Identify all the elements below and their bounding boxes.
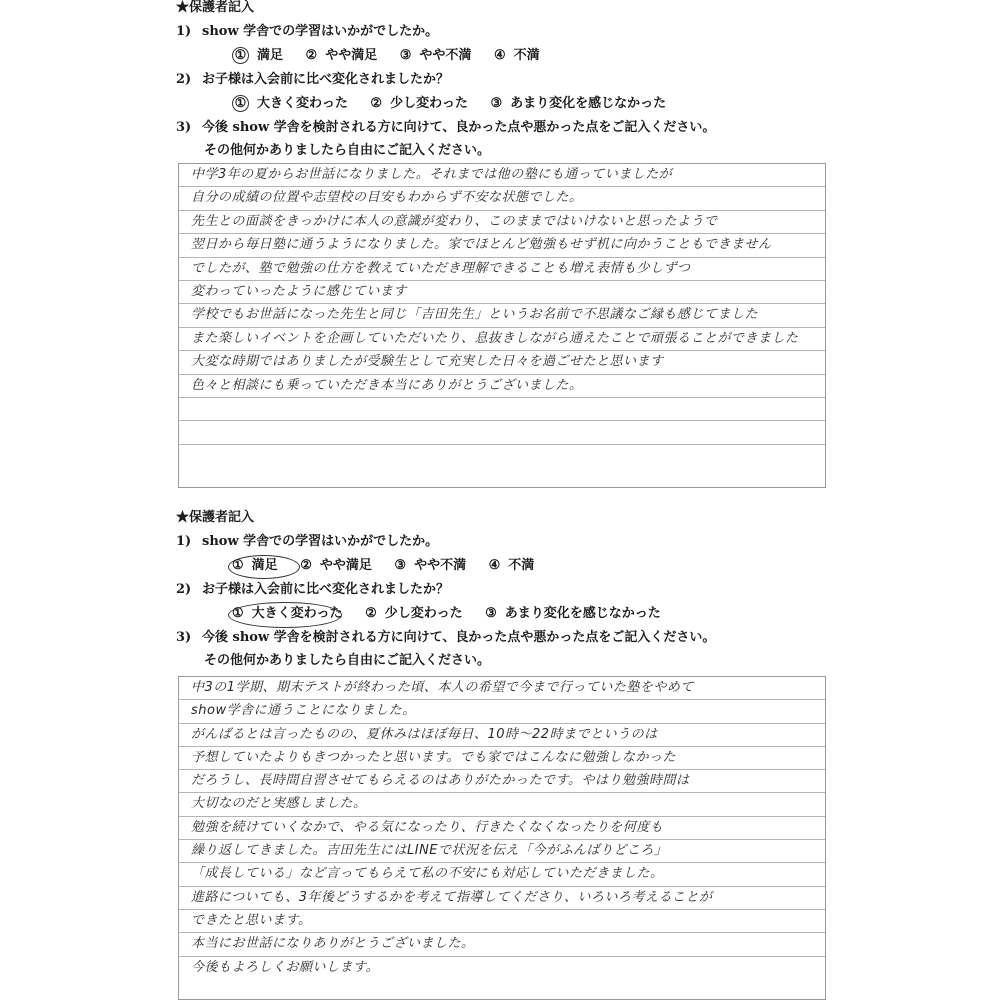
option-changed-slightly[interactable]: ②少し変わった bbox=[365, 602, 463, 626]
question-3-subtext: その他何かありましたら自由にご記入ください。 bbox=[176, 650, 826, 672]
option-no-change[interactable]: ③あまり変化を感じなかった bbox=[485, 602, 661, 626]
answer-line: 今後もよろしくお願いします。 bbox=[179, 957, 825, 980]
option-satisfied[interactable]: ①満足 bbox=[232, 554, 278, 578]
option-changed-slightly[interactable]: ②少し変わった bbox=[370, 92, 468, 116]
answer-line: 予想していたよりもきつかったと思います。でも家ではこんなに勉強しなかった bbox=[179, 747, 825, 770]
answer-line: 先生との面談をきっかけに本人の意識が変わり、このままではいけないと思ったようで bbox=[179, 211, 825, 234]
question-text: 今後 show 学舎を検討される方に向けて、良かった点や悪かった点をご記入くださ… bbox=[202, 120, 715, 135]
question-text: お子様は入会前に比べ変化されましたか？ bbox=[202, 72, 449, 87]
question-1-options: ①満足 ②やや満足 ③やや不満 ④不満 bbox=[176, 554, 826, 578]
question-2: 2)お子様は入会前に比べ変化されましたか？ bbox=[176, 68, 826, 92]
question-1-options: ①満足 ②やや満足 ③やや不満 ④不満 bbox=[176, 44, 826, 68]
option-somewhat-dissatisfied[interactable]: ③やや不満 bbox=[394, 554, 466, 578]
question-text: 今後 show 学舎を検討される方に向けて、良かった点や悪かった点をご記入くださ… bbox=[202, 630, 715, 645]
option-somewhat-dissatisfied[interactable]: ③やや不満 bbox=[400, 44, 472, 68]
question-3-subtext: その他何かありましたら自由にご記入ください。 bbox=[176, 140, 826, 162]
question-text: お子様は入会前に比べ変化されましたか？ bbox=[202, 582, 449, 597]
answer-line-blank bbox=[179, 421, 825, 444]
answer-line: できたと思います。 bbox=[179, 910, 825, 933]
option-somewhat-satisfied[interactable]: ②やや満足 bbox=[300, 554, 372, 578]
answer-line: 中学3年の夏からお世話になりました。それまでは他の塾にも通っていましたが bbox=[179, 164, 825, 187]
answer-line-blank bbox=[179, 398, 825, 421]
option-satisfied[interactable]: ①満足 bbox=[232, 44, 283, 68]
question-text: show 学舎での学習はいかがでしたか。 bbox=[202, 534, 438, 549]
answer-line: 自分の成績の位置や志望校の目安もわからず不安な状態でした。 bbox=[179, 187, 825, 210]
question-1: 1)show 学舎での学習はいかがでしたか。 bbox=[176, 530, 826, 554]
answer-line: 中3の1学期、期末テストが終わった頃、本人の希望で今まで行っていた塾をやめて bbox=[179, 677, 825, 700]
answer-line: また楽しいイベントを企画していただいたり、息抜きしながら通えたことで頑張ることが… bbox=[179, 328, 825, 351]
answer-line: でしたが、塾で勉強の仕方を教えていただき理解できることも増え表情も少しずつ bbox=[179, 258, 825, 281]
question-text: show 学舎での学習はいかがでしたか。 bbox=[202, 24, 438, 39]
answer-line: 勉強を続けていくなかで、やる気になったり、行きたくなくなったりを何度も bbox=[179, 817, 825, 840]
answer-line: 「成長している」など言ってもらえて私の不安にも対応していただきました。 bbox=[179, 863, 825, 886]
answer-line: 大切なのだと実感しました。 bbox=[179, 793, 825, 816]
free-answer-box-1[interactable]: 中学3年の夏からお世話になりました。それまでは他の塾にも通っていましたが 自分の… bbox=[178, 163, 826, 488]
question-2-options: ①大きく変わった ②少し変わった ③あまり変化を感じなかった bbox=[176, 602, 826, 626]
answer-line: 大変な時期ではありましたが受験生として充実した日々を過ごせたと思います bbox=[179, 351, 825, 374]
option-no-change[interactable]: ③あまり変化を感じなかった bbox=[490, 92, 666, 116]
answer-line: 翌日から毎日塾に通うようになりました。家でほとんど勉強もせず机に向かうこともでき… bbox=[179, 234, 825, 257]
answer-line: show学舎に通うことになりました。 bbox=[179, 700, 825, 723]
answer-line: 繰り返してきました。吉田先生にはLINEで状況を伝え「今がふんばりどころ」 bbox=[179, 840, 825, 863]
survey-form-1: ★保護者記入 1)show 学舎での学習はいかがでしたか。 ①満足 ②やや満足 … bbox=[176, 0, 826, 162]
question-2-options: ①大きく変わった ②少し変わった ③あまり変化を感じなかった bbox=[176, 92, 826, 116]
answer-line-blank bbox=[179, 445, 825, 468]
answer-line: 変わっていったように感じています bbox=[179, 281, 825, 304]
option-changed-greatly[interactable]: ①大きく変わった bbox=[232, 92, 348, 116]
answer-line: がんばるとは言ったものの、夏休みはほぼ毎日、10時〜22時までというのは bbox=[179, 724, 825, 747]
option-somewhat-satisfied[interactable]: ②やや満足 bbox=[306, 44, 378, 68]
option-number: ① bbox=[232, 47, 249, 64]
option-changed-greatly[interactable]: ①大きく変わった bbox=[232, 602, 343, 626]
survey-form-2: ★保護者記入 1)show 学舎での学習はいかがでしたか。 ①満足 ②やや満足 … bbox=[176, 510, 826, 672]
section-heading: ★保護者記入 bbox=[176, 0, 826, 16]
option-dissatisfied[interactable]: ④不満 bbox=[489, 554, 535, 578]
question-2: 2)お子様は入会前に比べ変化されましたか？ bbox=[176, 578, 826, 602]
answer-line: だろうし、長時間自習させてもらえるのはありがたかったです。やはり勉強時間は bbox=[179, 770, 825, 793]
section-heading: ★保護者記入 bbox=[176, 510, 826, 526]
answer-line: 本当にお世話になりありがとうございました。 bbox=[179, 933, 825, 956]
answer-line: 色々と相談にも乗っていただき本当にありがとうございました。 bbox=[179, 375, 825, 398]
option-dissatisfied[interactable]: ④不満 bbox=[494, 44, 540, 68]
question-1: 1)show 学舎での学習はいかがでしたか。 bbox=[176, 20, 826, 44]
answer-line: 進路についても、3年後どうするかを考えて指導してくださり、いろいろ考えることが bbox=[179, 887, 825, 910]
free-answer-box-2[interactable]: 中3の1学期、期末テストが終わった頃、本人の希望で今まで行っていた塾をやめて s… bbox=[178, 676, 826, 1000]
question-3: 3)今後 show 学舎を検討される方に向けて、良かった点や悪かった点をご記入く… bbox=[176, 116, 826, 140]
question-number: 1) bbox=[176, 20, 202, 44]
question-3: 3)今後 show 学舎を検討される方に向けて、良かった点や悪かった点をご記入く… bbox=[176, 626, 826, 650]
answer-line: 学校でもお世話になった先生と同じ「吉田先生」というお名前で不思議なご縁も感じてま… bbox=[179, 304, 825, 327]
